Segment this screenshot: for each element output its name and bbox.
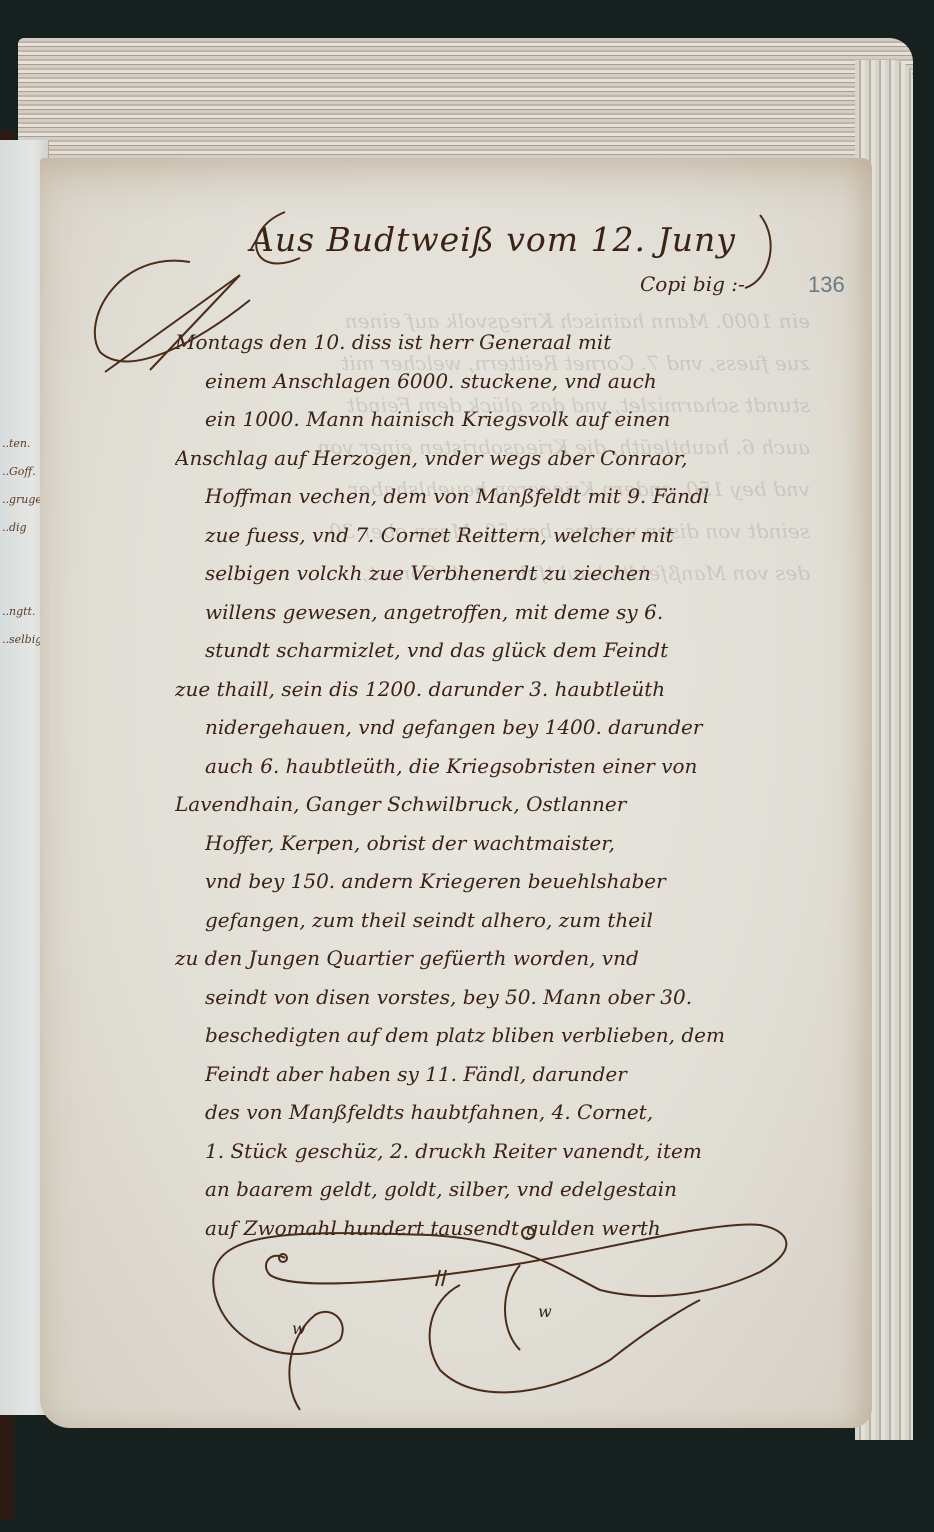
text-line: Hoffman vechen, dem von Manßfeldt mit 9.…	[205, 484, 845, 523]
text-line: auch 6. haubtleüth, die Kriegsobristen e…	[205, 754, 845, 793]
text-line: an baarem geldt, goldt, silber, vnd edel…	[205, 1177, 845, 1216]
text-line: zue fuess, vnd 7. Cornet Reittern, welch…	[205, 523, 845, 562]
folio-number: 136	[808, 272, 845, 298]
text-line: ein 1000. Mann hainisch Kriegsvolk auf e…	[205, 407, 845, 446]
text-line: einem Anschlagen 6000. stuckene, vnd auc…	[205, 369, 845, 408]
text-line: zue thaill, sein dis 1200. darunder 3. h…	[175, 677, 845, 716]
text-line: Feindt aber haben sy 11. Fändl, darunder	[205, 1062, 845, 1101]
text-line: gefangen, zum theil seindt alhero, zum t…	[205, 908, 845, 947]
text-line: selbigen volckh zue Verbhenerdt zu ziech…	[205, 561, 845, 600]
text-line: Anschlag auf Herzogen, vnder wegs aber C…	[175, 446, 845, 485]
text-line: Montags den 10. diss ist herr Generaal m…	[175, 330, 845, 369]
text-line: 1. Stück geschüz, 2. druckh Reiter vanen…	[205, 1139, 845, 1178]
text-line: Lavendhain, Ganger Schwilbruck, Ostlanne…	[175, 792, 845, 831]
manuscript-body: Montags den 10. diss ist herr Generaal m…	[205, 330, 845, 1254]
page-header: Aus Budtweiß vom 12. Juny	[250, 220, 736, 259]
text-line: stundt scharmizlet, vnd das glück dem Fe…	[205, 638, 845, 677]
text-line: seindt von disen vorstes, bey 50. Mann o…	[205, 985, 845, 1024]
text-line: Hoffer, Kerpen, obrist der wachtmaister,	[205, 831, 845, 870]
text-line: auf Zwomahl hundert tausendt gulden wert…	[205, 1216, 845, 1255]
text-line: vnd bey 150. andern Kriegeren beuehlshab…	[205, 869, 845, 908]
text-line: nidergehauen, vnd gefangen bey 1400. dar…	[205, 715, 845, 754]
text-line: zu den Jungen Quartier gefüerth worden, …	[175, 946, 845, 985]
text-line: willens gewesen, angetroffen, mit deme s…	[205, 600, 845, 639]
page-subheader: Copi big :-	[640, 272, 745, 296]
text-line: beschedigten auf dem platz bliben verbli…	[205, 1023, 845, 1062]
text-line: des von Manßfeldts haubtfahnen, 4. Corne…	[205, 1100, 845, 1139]
manuscript-scan: ..ten. ..Goff. ..grugers ..dig ..ngtt. .…	[0, 0, 934, 1532]
